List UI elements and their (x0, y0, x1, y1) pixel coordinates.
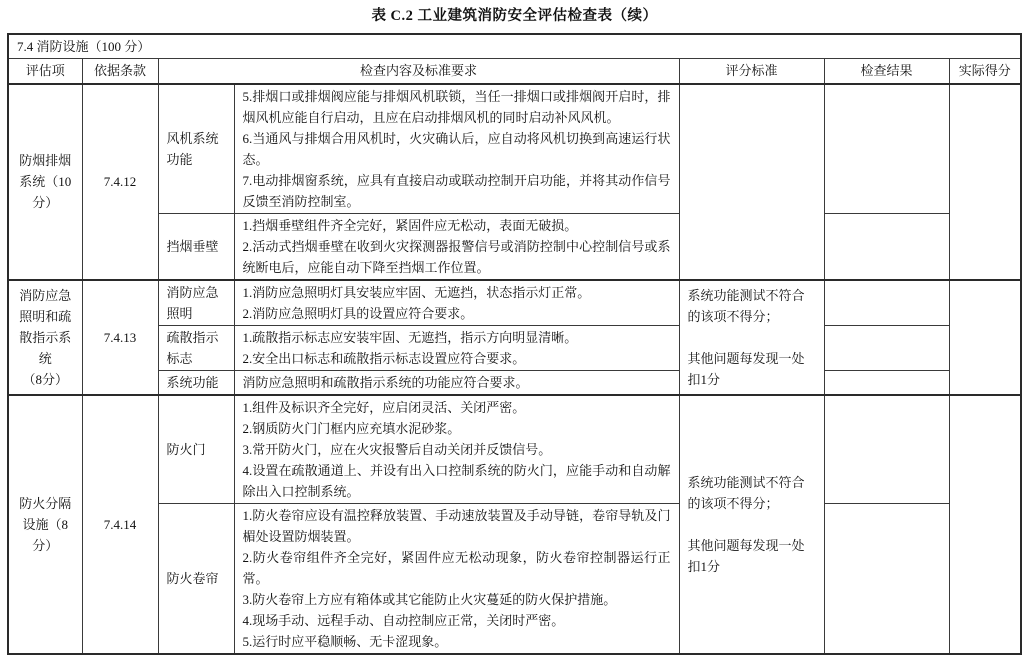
column-header-item: 评估项 (8, 59, 82, 84)
column-header-result: 检查结果 (824, 59, 949, 84)
section-header-row: 7.4 消防设施（100 分） (8, 34, 1021, 59)
actual-score-cell (949, 280, 1021, 395)
check-content-cell: 1.组件及标识齐全完好，应启闭灵活、关闭严密。2.钢质防火门门框内应充填水泥砂浆… (234, 395, 679, 504)
basis-clause-cell: 7.4.12 (82, 84, 158, 280)
check-result-cell (824, 325, 949, 370)
scoring-standard-cell (679, 84, 824, 280)
column-header-content: 检查内容及标准要求 (158, 59, 679, 84)
check-result-cell (824, 370, 949, 395)
assessment-table: 7.4 消防设施（100 分） 评估项 依据条款 检查内容及标准要求 评分标准 … (7, 33, 1022, 655)
check-result-cell (824, 280, 949, 326)
check-content-cell: 5.排烟口或排烟阀应能与排烟风机联锁，当任一排烟口或排烟阀开启时，排烟风机应能自… (234, 84, 679, 214)
assessment-item-cell: 消防应急照明和疏散指示系统（8分） (8, 280, 82, 395)
column-header-basis: 依据条款 (82, 59, 158, 84)
column-header-score: 实际得分 (949, 59, 1021, 84)
basis-clause-cell: 7.4.13 (82, 280, 158, 395)
table-row: 防烟排烟系统（10分） 7.4.12 风机系统功能 5.排烟口或排烟阀应能与排烟… (8, 84, 1021, 214)
actual-score-cell (949, 84, 1021, 280)
sub-item-cell: 防火门 (158, 395, 234, 504)
check-content-cell: 1.挡烟垂壁组件齐全完好，紧固件应无松动，表面无破损。2.活动式挡烟垂壁在收到火… (234, 213, 679, 280)
section-header: 7.4 消防设施（100 分） (8, 34, 1021, 59)
sub-item-cell: 防火卷帘 (158, 503, 234, 654)
sub-item-cell: 系统功能 (158, 370, 234, 395)
sub-item-cell: 挡烟垂壁 (158, 213, 234, 280)
column-header-row: 评估项 依据条款 检查内容及标准要求 评分标准 检查结果 实际得分 (8, 59, 1021, 84)
basis-clause-cell: 7.4.14 (82, 395, 158, 654)
table-row: 防火卷帘 1.防火卷帘应设有温控释放装置、手动速放装置及手动导链，卷帘导轨及门楣… (8, 503, 1021, 654)
check-result-cell (824, 503, 949, 654)
table-row: 挡烟垂壁 1.挡烟垂壁组件齐全完好，紧固件应无松动，表面无破损。2.活动式挡烟垂… (8, 213, 1021, 280)
scoring-standard-cell: 系统功能测试不符合的该项不得分；其他问题每发现一处扣1分 (679, 395, 824, 654)
check-result-cell (824, 213, 949, 280)
scoring-standard-cell: 系统功能测试不符合的该项不得分；其他问题每发现一处扣1分 (679, 280, 824, 395)
check-result-cell (824, 395, 949, 504)
actual-score-cell (949, 395, 1021, 654)
check-content-cell: 1.疏散指示标志应安装牢固、无遮挡，指示方向明显清晰。2.安全出口标志和疏散指示… (234, 325, 679, 370)
assessment-item-cell: 防烟排烟系统（10分） (8, 84, 82, 280)
page-title: 表 C.2 工业建筑消防安全评估检查表（续） (0, 4, 1029, 25)
table-row: 疏散指示标志 1.疏散指示标志应安装牢固、无遮挡，指示方向明显清晰。2.安全出口… (8, 325, 1021, 370)
check-content-cell: 1.防火卷帘应设有温控释放装置、手动速放装置及手动导链，卷帘导轨及门楣处设置防烟… (234, 503, 679, 654)
sub-item-cell: 风机系统功能 (158, 84, 234, 214)
check-content-cell: 1.消防应急照明灯具安装应牢固、无遮挡，状态指示灯正常。2.消防应急照明灯具的设… (234, 280, 679, 326)
table-row: 防火分隔设施（8分） 7.4.14 防火门 1.组件及标识齐全完好，应启闭灵活、… (8, 395, 1021, 504)
table-row: 消防应急照明和疏散指示系统（8分） 7.4.13 消防应急照明 1.消防应急照明… (8, 280, 1021, 326)
sub-item-cell: 疏散指示标志 (158, 325, 234, 370)
sub-item-cell: 消防应急照明 (158, 280, 234, 326)
check-result-cell (824, 84, 949, 214)
table-row: 系统功能 消防应急照明和疏散指示系统的功能应符合要求。 (8, 370, 1021, 395)
check-content-cell: 消防应急照明和疏散指示系统的功能应符合要求。 (234, 370, 679, 395)
assessment-item-cell: 防火分隔设施（8分） (8, 395, 82, 654)
column-header-scoring: 评分标准 (679, 59, 824, 84)
